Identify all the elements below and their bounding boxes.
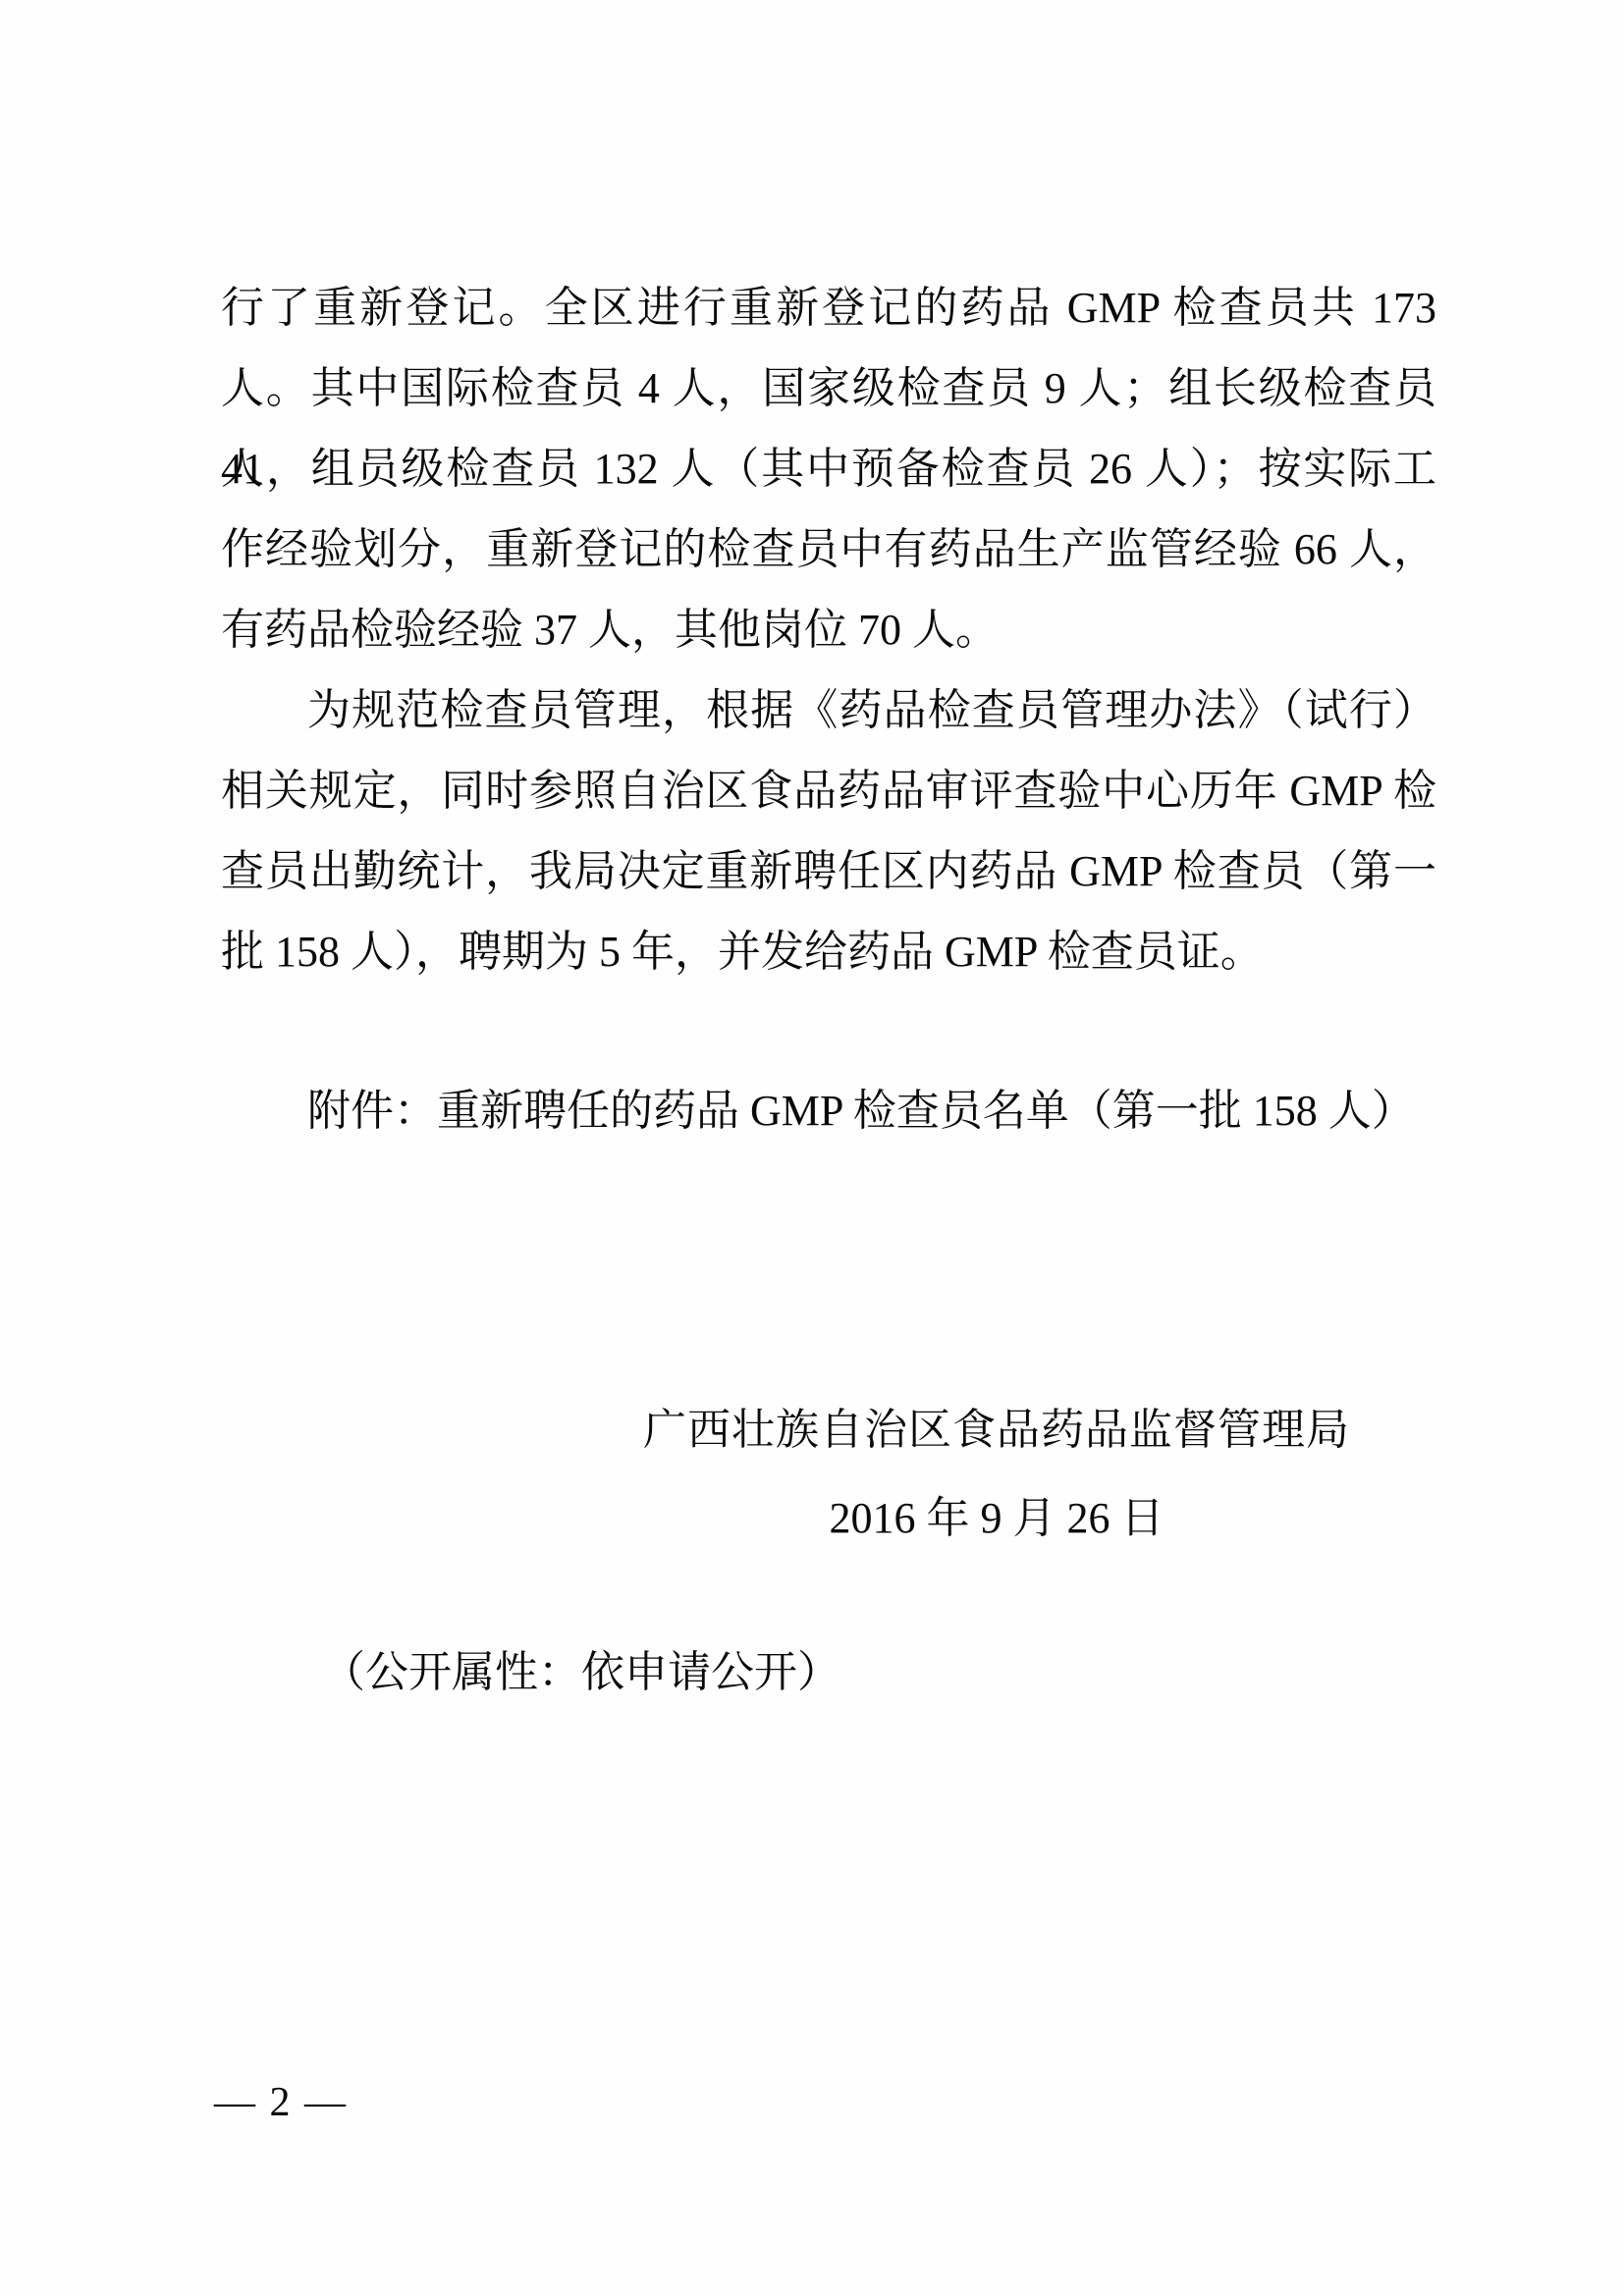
body-text-block: 行了重新登记。全区进行重新登记的药品 GMP 检查员共 173 人。其中国际检查… xyxy=(221,268,1436,992)
paragraph2-line1: 为规范检查员管理，根据《药品检查员管理办法》（试行） xyxy=(307,670,1436,751)
paragraph2-line4: 批 158 人），聘期为 5 年，并发给药品 GMP 检查员证。 xyxy=(221,912,1436,992)
paragraph1-line1: 行了重新登记。全区进行重新登记的药品 GMP 检查员共 173 xyxy=(221,268,1436,348)
paragraph1-line5: 有药品检验经验 37 人，其他岗位 70 人。 xyxy=(221,590,1436,670)
issue-date: 2016 年 9 月 26 日 xyxy=(589,1478,1404,1559)
document-page: 行了重新登记。全区进行重新登记的药品 GMP 检查员共 173 人。其中国际检查… xyxy=(0,0,1624,2296)
attachment-line: 附件：重新聘任的药品 GMP 检查员名单（第一批 158 人） xyxy=(307,1071,1446,1151)
signature-block: 广西壮族自治区食品药品监督管理局 2016 年 9 月 26 日 xyxy=(589,1390,1404,1559)
issuing-organization: 广西壮族自治区食品药品监督管理局 xyxy=(589,1390,1404,1470)
paragraph1-line3: 人，组员级检查员 132 人（其中预备检查员 26 人）；按实际工 xyxy=(221,429,1436,509)
disclosure-note: （公开属性：依申请公开） xyxy=(322,1632,840,1713)
page-number: — 2 — xyxy=(214,2073,348,2132)
paragraph1-line4: 作经验划分，重新登记的检查员中有药品生产监管经验 66 人， xyxy=(221,509,1436,590)
paragraph2-line2: 相关规定，同时参照自治区食品药品审评查验中心历年 GMP 检 xyxy=(221,751,1436,831)
paragraph1-line2: 人。其中国际检查员 4 人，国家级检查员 9 人；组长级检查员 41 xyxy=(221,348,1436,429)
paragraph2-line3: 查员出勤统计，我局决定重新聘任区内药品 GMP 检查员（第一 xyxy=(221,831,1436,912)
